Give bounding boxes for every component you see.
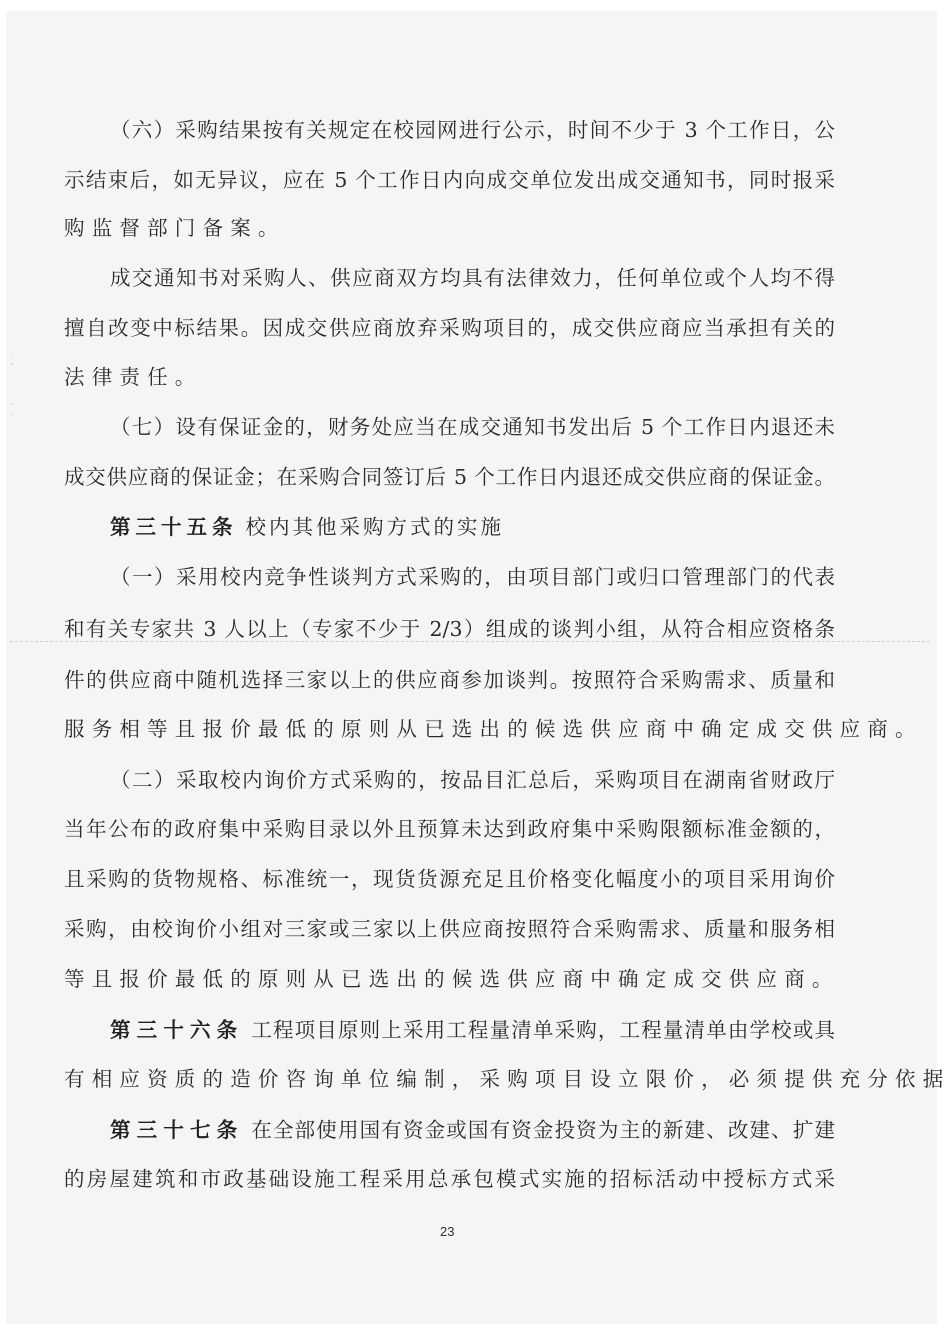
paragraph-2-line-4: 采购，由校询价小组对三家或三家以上供应商按照符合采购需求、质量和服务相 — [64, 914, 835, 944]
paragraph-6-line-2: 示结束后，如无异议，应在 5 个工作日内向成交单位发出成交通知书，同时报采 — [64, 165, 835, 195]
margin-scan-specks: ·ˇ-· — [10, 350, 24, 430]
article-36-line-1: 第三十六条工程项目原则上采用工程量清单采购，工程量清单由学校或具 — [110, 1015, 835, 1045]
paragraph-2-line-2: 当年公布的政府集中采购目录以外且预算未达到政府集中采购限额标准金额的， — [64, 814, 835, 844]
article-36-number: 第三十六条 — [110, 1018, 243, 1042]
paragraph-notice-line-3: 法律责任。 — [64, 362, 835, 392]
paragraph-7-line-2: 成交供应商的保证金；在采购合同签订后 5 个工作日内退还成交供应商的保证金。 — [64, 462, 835, 492]
article-37-line-2: 的房屋建筑和市政基础设施工程采用总承包模式实施的招标活动中授标方式采 — [64, 1164, 835, 1194]
article-36-text: 工程项目原则上采用工程量清单采购，工程量清单由学校或具 — [251, 1018, 835, 1042]
paragraph-6-line-3: 购监督部门备案。 — [64, 213, 835, 243]
article-35-number: 第三十五条 — [110, 515, 238, 539]
paragraph-2-line-5: 等且报价最低的原则从已选出的候选供应商中确定成交供应商。 — [64, 964, 835, 994]
paragraph-7-line-1: （七）设有保证金的，财务处应当在成交通知书发出后 5 个工作日内退还未 — [110, 412, 835, 442]
article-36-line-2: 有相应资质的造价咨询单位编制，采购项目设立限价，必须提供充分依据。 — [64, 1064, 835, 1094]
article-37-number: 第三十七条 — [110, 1118, 243, 1142]
paragraph-1-line-3: 件的供应商中随机选择三家以上的供应商参加谈判。按照符合采购需求、质量和 — [64, 665, 835, 695]
paragraph-notice-line-1: 成交通知书对采购人、供应商双方均具有法律效力，任何单位或个人均不得 — [110, 263, 835, 293]
paragraph-1-line-2: 和有关专家共 3 人以上（专家不少于 2/3）组成的谈判小组，从符合相应资格条 — [64, 614, 835, 644]
article-37-line-1: 第三十七条在全部使用国有资金或国有资金投资为主的新建、改建、扩建 — [110, 1115, 835, 1145]
paragraph-1-line-1: （一）采用校内竞争性谈判方式采购的，由项目部门或归口管理部门的代表 — [110, 562, 835, 592]
paragraph-1-line-4: 服务相等且报价最低的原则从已选出的候选供应商中确定成交供应商。 — [64, 714, 835, 744]
paragraph-2-line-1: （二）采取校内询价方式采购的，按品目汇总后，采购项目在湖南省财政厅 — [110, 765, 835, 795]
article-37-text: 在全部使用国有资金或国有资金投资为主的新建、改建、扩建 — [251, 1118, 835, 1142]
article-35: 第三十五条校内其他采购方式的实施 — [110, 512, 835, 542]
paragraph-2-line-3: 且采购的货物规格、标准统一，现货货源充足且价格变化幅度小的项目采用询价 — [64, 864, 835, 894]
paragraph-6-line-1: （六）采购结果按有关规定在校园网进行公示，时间不少于 3 个工作日，公 — [110, 115, 835, 145]
page-number: 23 — [440, 1224, 460, 1239]
paragraph-notice-line-2: 擅自改变中标结果。因成交供应商放弃采购项目的，成交供应商应当承担有关的 — [64, 313, 835, 343]
article-35-title: 校内其他采购方式的实施 — [246, 515, 505, 539]
